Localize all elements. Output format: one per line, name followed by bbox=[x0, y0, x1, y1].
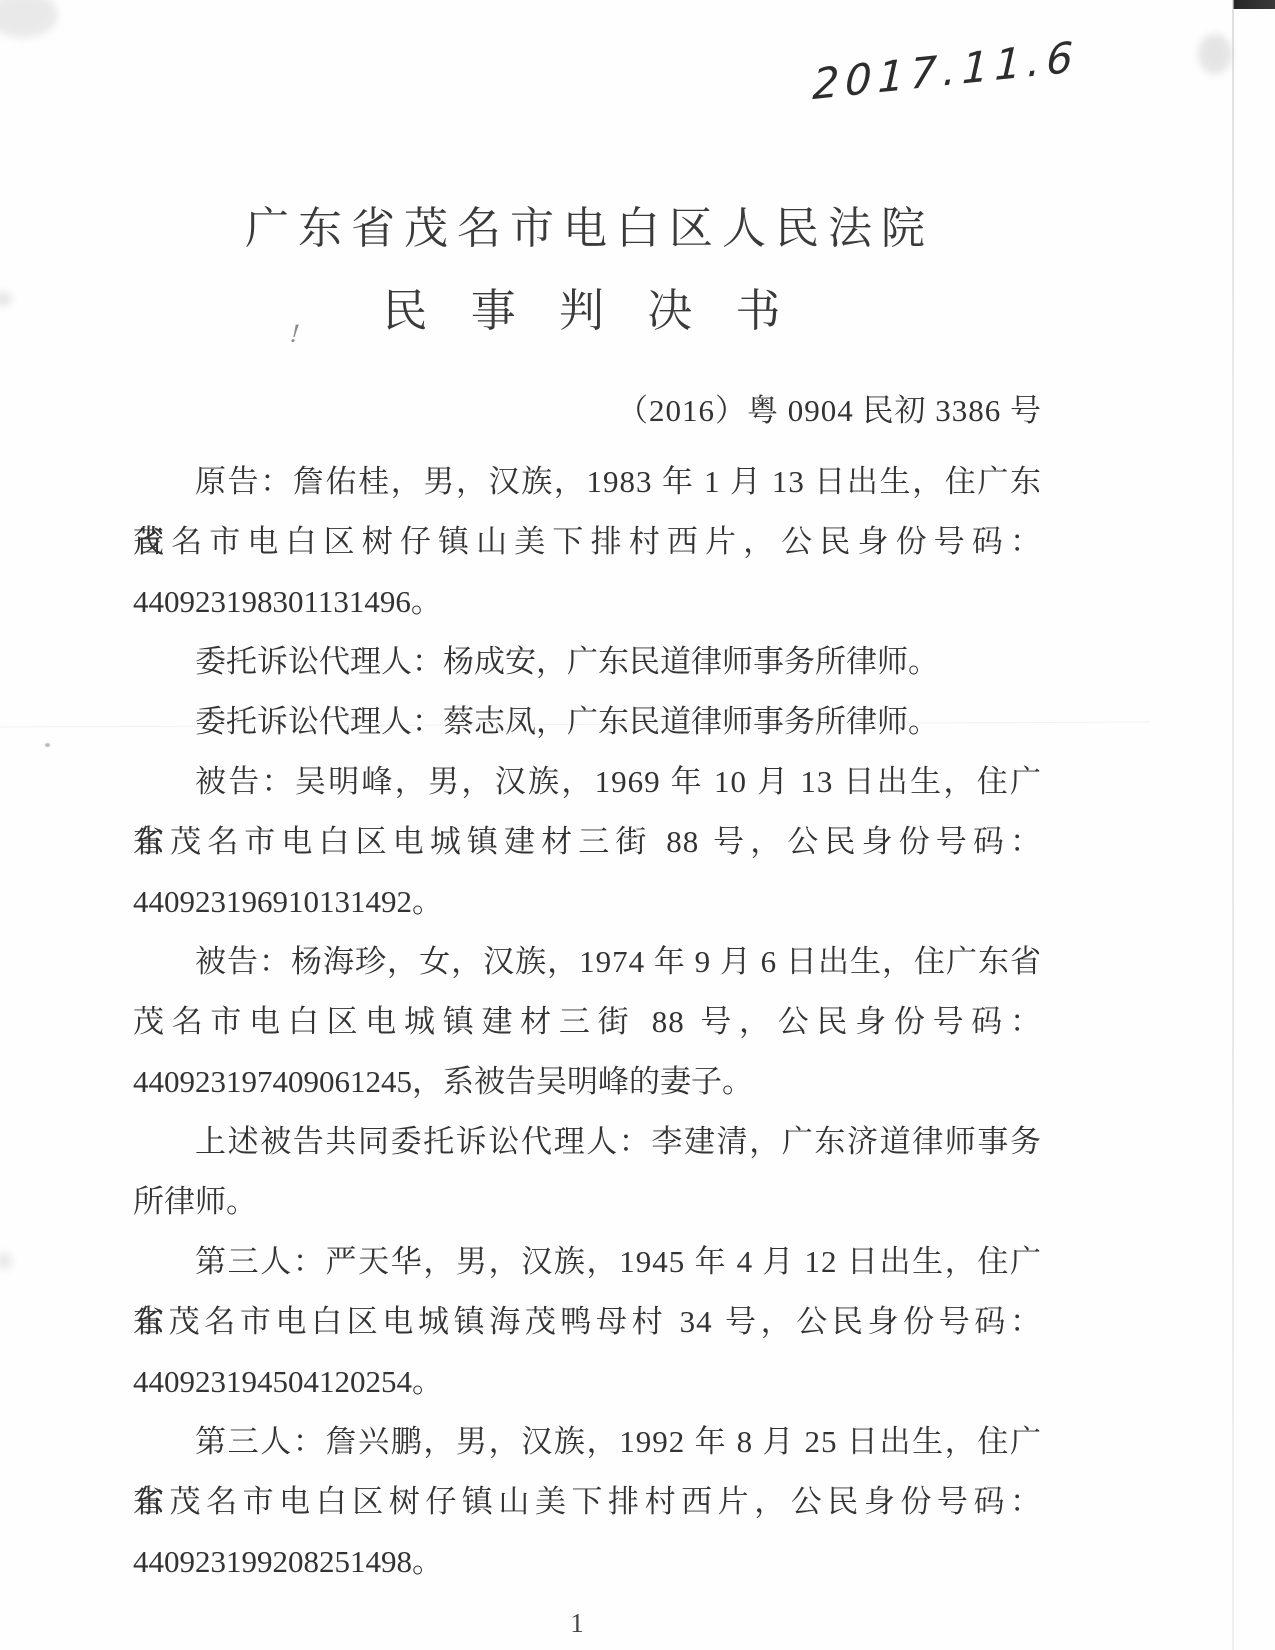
body-line-defendant-1-id: 440923196910131492。 bbox=[133, 872, 1042, 932]
body-line-third-party-1-id: 440923194504120254。 bbox=[133, 1352, 1042, 1412]
scanned-judgment-page: ! 2017.11.6 广东省茂名市电白区人民法院 民 事 判 决 书 （201… bbox=[0, 0, 1275, 1650]
body-line: 省茂名市电白区电城镇海茂鸭母村 34 号，公民身份号码： bbox=[133, 1292, 1042, 1352]
handwritten-date: 2017.11.6 bbox=[812, 36, 1042, 109]
body-line-agent-1: 委托诉讼代理人：杨成安，广东民道律师事务所律师。 bbox=[133, 632, 1042, 692]
body-line-third-party-2: 第三人：詹兴鹏，男，汉族，1992 年 8 月 25 日出生，住广东 bbox=[133, 1412, 1042, 1472]
body-line: 茂名市电白区树仔镇山美下排村西片，公民身份号码： bbox=[133, 512, 1042, 572]
body-line: 省茂名市电白区树仔镇山美下排村西片，公民身份号码： bbox=[133, 1472, 1042, 1532]
body-line: 茂名市电白区电城镇建材三街 88 号，公民身份号码： bbox=[133, 992, 1042, 1052]
judgment-body: 原告：詹佑桂，男，汉族，1983 年 1 月 13 日出生，住广东省 茂名市电白… bbox=[133, 452, 1042, 1592]
body-line-defendant-2: 被告：杨海珍，女，汉族，1974 年 9 月 6 日出生，住广东省 bbox=[133, 932, 1042, 992]
title-block: 广东省茂名市电白区人民法院 民 事 判 决 书 bbox=[0, 192, 1275, 339]
body-line-third-party-1: 第三人：严天华，男，汉族，1945 年 4 月 12 日出生，住广东 bbox=[133, 1232, 1042, 1292]
scan-corner-artifact bbox=[1233, 0, 1275, 9]
body-line: 所律师。 bbox=[133, 1172, 1042, 1232]
document-title: 民 事 判 决 书 bbox=[0, 274, 1179, 339]
body-line-defendants-agent: 上述被告共同委托诉讼代理人：李建清，广东济道律师事务 bbox=[133, 1112, 1042, 1172]
court-name: 广东省茂名市电白区人民法院 bbox=[0, 192, 1179, 256]
scan-smudge bbox=[1198, 34, 1232, 74]
scan-smudge bbox=[0, 0, 58, 38]
case-number: （2016）粤 0904 民初 3386 号 bbox=[133, 385, 1042, 430]
body-line-plaintiff: 原告：詹佑桂，男，汉族，1983 年 1 月 13 日出生，住广东省 bbox=[133, 452, 1042, 512]
body-line-defendant-1: 被告：吴明峰，男，汉族，1969 年 10 月 13 日出生，住广东 bbox=[133, 752, 1042, 812]
body-line-third-party-2-id: 440923199208251498。 bbox=[133, 1532, 1042, 1592]
page-number: 1 bbox=[0, 1608, 1154, 1639]
body-line-plaintiff-id: 440923198301131496。 bbox=[133, 572, 1042, 632]
scan-speck bbox=[45, 743, 50, 747]
body-line-agent-2: 委托诉讼代理人：蔡志凤，广东民道律师事务所律师。 bbox=[133, 692, 1042, 752]
scan-smudge bbox=[0, 1252, 12, 1270]
body-line: 省茂名市电白区电城镇建材三街 88 号，公民身份号码： bbox=[133, 812, 1042, 872]
body-line-defendant-2-id: 440923197409061245，系被告吴明峰的妻子。 bbox=[133, 1052, 1042, 1112]
